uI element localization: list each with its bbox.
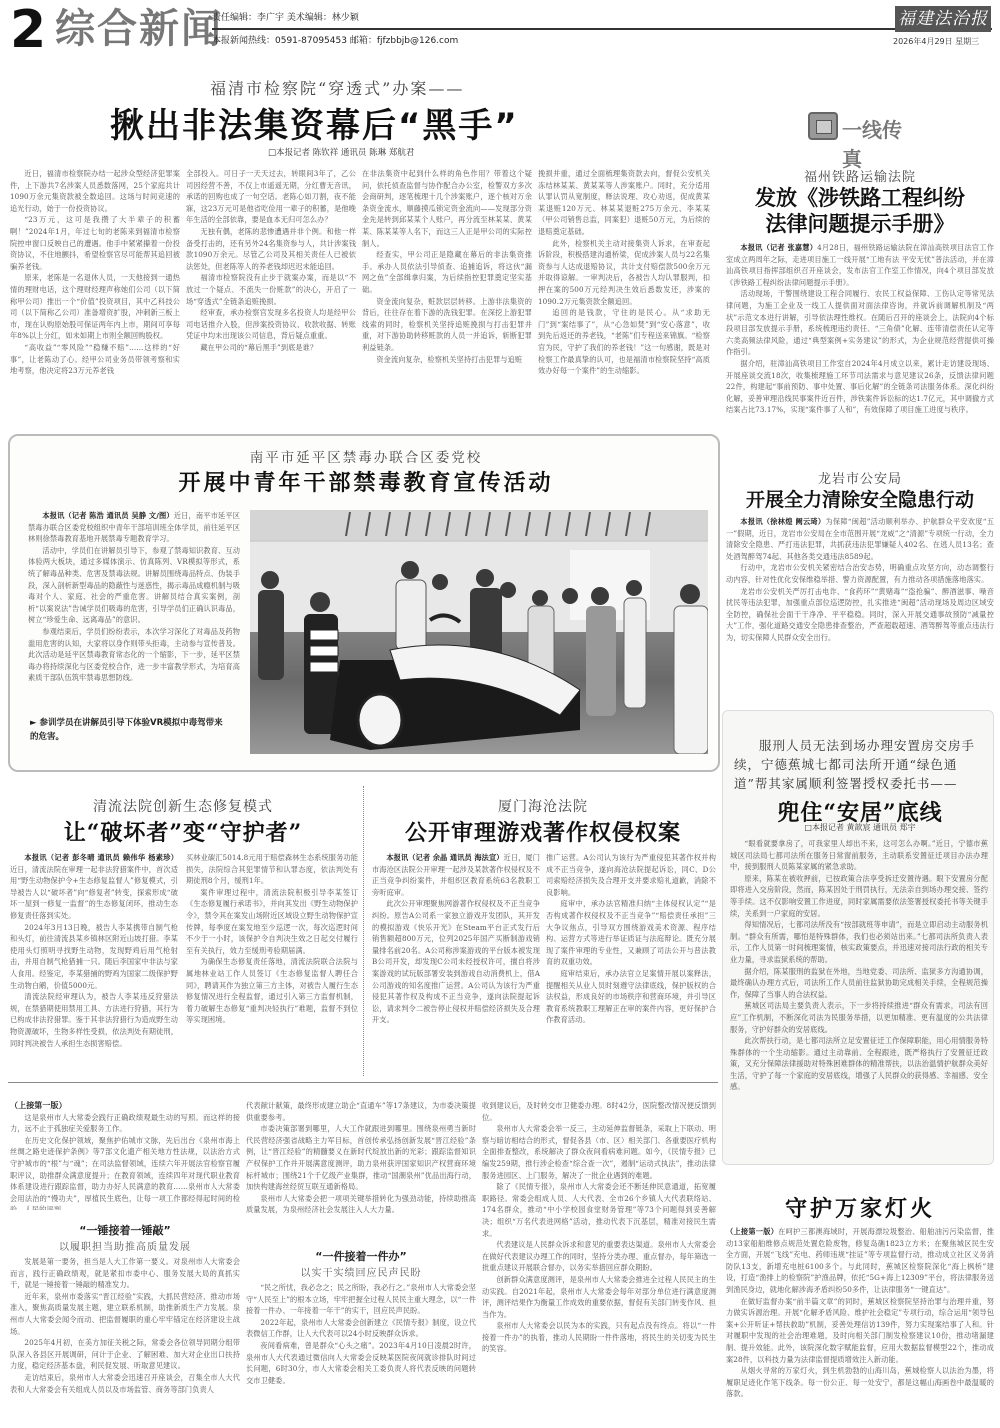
lead-headline: 揪出非法集资幕后“黑手” <box>110 98 519 147</box>
paragraph: 为确保生态修复责任落地，清流法院联合法院与属地林业站工作人员签订《生态修复监督人… <box>186 956 358 1026</box>
paragraph: 创新群众满意度测评，是泉州市人大常委会推进全过程人民民主的生动实践。自2021年… <box>482 1274 716 1320</box>
paragraph: 2025年4月初，在美方加征关税之际，常委会各位领导同期分组带队深入各县区开展调… <box>10 1337 240 1372</box>
section-name: 综合新闻 <box>55 6 223 52</box>
haicang-headline: 公开审理游戏著作权侵权案 <box>368 816 718 847</box>
subhead-1-subtitle: 以履职担当助推高质量发展 <box>10 1238 240 1253</box>
paragraph: 发展是第一要务，担当是人大工作第一要义。对泉州市人大常委会而言，践行正确政绩观，… <box>10 1256 240 1291</box>
box-headline: 开展中青年干部禁毒教育宣传活动 <box>10 466 722 497</box>
page-number: 2 <box>10 2 46 58</box>
photo-caption: ► 参训学员在讲解员引导下体验VR模拟中毒驾带来的危害。 <box>30 716 230 744</box>
paragraph: 原来，老陈是一名退休人员，一天他接到一通热情的理财电话，这个理财经理声称她们公司… <box>10 272 180 342</box>
paragraph: 代表建议是人民群众诉求和意见的重要表达渠道。泉州市人大常委会在做好代表建议办理工… <box>482 1239 716 1274</box>
paragraph: （上接第一版）在呵护三都澳海域时，开展海漂垃圾整治、船舶油污污染监督，推动13家… <box>726 1226 994 1296</box>
paragraph: 本报讯（记者 张嘉慧）4月28日，福州铁路运输法院在漳汕高铁项目法官工作室成立两… <box>726 242 994 288</box>
paragraph: 代表献计献策，最终形成建立助企“直通车”等17条建议，为市委决策提供重要参考。 <box>246 1100 476 1123</box>
header-rule <box>212 28 992 30</box>
section-logo-label: 一线传真 <box>842 114 918 172</box>
paragraph: 蕉城区司法局主要负责人表示，下一步将持续推进“群众有需求，司法有回应”工作机制，… <box>730 1000 988 1035</box>
paragraph: 资金流向复杂，检察机关坚持打击犯罪与追赃 <box>362 354 532 366</box>
paragraph: 原来，陈某在被收押前，已按政策合法享受拆迁安置待遇。眼下安置房分配即将进入交房阶… <box>730 873 988 919</box>
rail-article-body: 本报讯（记者 张嘉慧）4月28日，福州铁路运输法院在漳汕高铁项目法官工作室成立两… <box>726 242 994 428</box>
paragraph: 收到建议后，及时转交市卫健委办理。8时42分，医院整改情况便反馈到位。 <box>482 1100 716 1123</box>
paragraph: 福清市检察院没有止步于就案办案，而是以“不放过一个疑点、不流失一份赃款”的决心，… <box>186 272 356 307</box>
haicang-kicker: 厦门海沧法院 <box>368 796 718 816</box>
feature-box: 南平市延平区禁毒办联合区委党校 开展中青年干部禁毒教育宣传活动 本报讯（记者 陈… <box>8 434 720 772</box>
rail-headline-line2: 法律问题提示手册》 <box>725 210 995 238</box>
paragraph: 此外，检察机关主动对接集资人诉求，在审查起诉阶段，积极搭建沟通桥梁，促成涉案人员… <box>538 238 710 308</box>
paragraph: 泉州市人大常委会把一项项关键举措转化为强劲动能，持续助推高质量发展，为泉州经济社… <box>246 1193 476 1216</box>
paragraph: “23万元，这可是我攒了大半辈子的积蓄啊！”2024年1月，年过七旬的老陈来到福… <box>10 214 180 272</box>
continued-label: （上接第一版） <box>10 1100 240 1112</box>
paragraph: 泉州市人大常委会以民为本的实践，只有起点没有终点。将以“一件接着一件办”的执着，… <box>482 1320 716 1355</box>
paragraph: 参观结束后，学员们纷纷表示，本次学习深化了对毒品及药物滥用危害的认知，大家将以身… <box>28 626 240 684</box>
lead-column-1: 近日，福清市检察院办结一起涉众型经济犯罪案件，上下游共7名涉案人员悉数落网，25… <box>10 168 180 426</box>
newspaper-masthead: 福建法治报 <box>895 6 991 32</box>
paragraph: 追回的是钱款，守住的是民心。从“求助无门”到“案结事了”，从“心急如焚”到“安心… <box>538 307 710 377</box>
paragraph: 走访结束后，泉州市人大常委会迅速召开座谈会，召集全市人大代表和人大常委会有关组成… <box>10 1372 240 1395</box>
paragraph: 无独有偶，老陈的悲惨遭遇并非个例。和他一样备受打击的，还有另外24名集资参与人，… <box>186 226 356 272</box>
section-logo: 一线传真 <box>808 110 918 144</box>
qingliu-column-1: 本报讯（记者 彭冬晴 通讯员 赖伟华 杨素珍）近日，清流法院在审理一起非法狩猎案… <box>10 852 178 1074</box>
ningde-article-body: “眼看就要拿房了，可我家里人却出不来，这可怎么办啊。”近日，宁德市蕉城区司法局七… <box>730 838 988 1160</box>
paragraph: 资金流向复杂，赃款层层转移。上游非法集资的背后，往往存在着下游的洗钱犯罪。在深挖… <box>362 296 532 354</box>
photo-illustration <box>250 510 708 754</box>
paragraph: 买林业碳汇5014.8元用于赔偿森林生态系统服务功能损失，法院综合其犯罪情节和认… <box>186 852 358 887</box>
paragraph: 近日，福清市检察院办结一起涉众型经济犯罪案件，上下游共7名涉案人员悉数落网，25… <box>10 168 180 214</box>
paragraph: 行动中，龙岩市公安机关紧密结合治安态势，明确重点攻坚方向，动态调整行动内容，针对… <box>726 562 994 585</box>
qingliu-headline: 让“破坏者”变“守护者” <box>8 816 358 847</box>
paragraph: 本报讯（徐林煌 阙云琦）为保障“闽超”活动顺利举办、护航群众平安欢度“五一”假期… <box>726 516 994 562</box>
longyan-article-body: 本报讯（徐林煌 阙云琦）为保障“闽超”活动顺利举办、护航群众平安欢度“五一”假期… <box>726 516 994 666</box>
paragraph: 在历史文化保护领域，聚焦护佑城市文脉，先后出台《泉州市海上丝绸之路史迹保护条例》… <box>10 1135 240 1210</box>
paragraph: 庭审结束后，承办法官立足案情开展以案释法，提醒相关从业人员时刻遵守法律底线，保护… <box>546 968 716 1026</box>
paragraph: 市委决策部署到哪里，人大工作就跟进到哪里。围绕泉州勇当新时代民营经济强省战略主力… <box>246 1123 476 1193</box>
rail-headline-line1: 发放《涉铁路工程纠纷 <box>725 184 995 212</box>
paragraph: 据介绍，陈某服刑的监狱在外地，当地党委、司法所、监狱多方沟通协调，最终确认办理方… <box>730 966 988 1001</box>
paragraph: 这是泉州市人大常委会践行正确政绩观最生动的写照。而这样的接力，远不止于孤独症关爱… <box>10 1112 240 1135</box>
vr-driving-simulator-photo <box>250 510 708 754</box>
paragraph: “高收益”“零风险”“稳赚不赔”……这样的“好事”，让老陈动了心。经甲公司业务员… <box>10 342 180 377</box>
paragraph: 本报讯（记者 余晶 通讯员 海法宣）近日，厦门市海沧区法院公开审理一起涉及某款著… <box>372 852 540 898</box>
haicang-column-2: 推广运营。A公司认为该行为严重侵犯其著作权并构成不正当竞争，遂向海沧法院提起诉讼… <box>546 852 716 1074</box>
subhead-2: “一件接着一件办” <box>246 1248 476 1264</box>
paragraph: 活动中，学员们在讲解员引导下，参观了禁毒知识教育、互动体验两大板块，通过多媒体演… <box>28 545 240 626</box>
lead-column-2: 全部投入。可日子一天天过去，转眼间3年了，乙公司因经营不善，不仅上市遥遥无期，分… <box>186 168 356 426</box>
lead-column-3: 在非法集资中起到什么样的角色作用？带着这个疑问，依托侦查监督与协作配合办公室，检… <box>362 168 532 426</box>
haicang-column-1: 本报讯（记者 余晶 通讯员 海法宣）近日，厦门市海沧区法院公开审理一起涉及某款著… <box>372 852 540 1074</box>
lead-column-4: 挽损并重，通过全面梳理集资款去向，督促公安机关冻结林某某、黄某某等人涉案账户。同… <box>538 168 710 426</box>
quanzhou-column-1b: 发展是第一要务，担当是人大工作第一要义。对泉州市人大常委会而言，践行正确政绩观，… <box>10 1256 240 1424</box>
paragraph: 在非法集资中起到什么样的角色作用？带着这个疑问，依托侦查监督与协作配合办公室，检… <box>362 168 532 249</box>
paragraph: 藏在甲公司的“幕后黑手”到底是谁？ <box>186 342 356 354</box>
subhead-1: “一锤接着一锤敲” <box>10 1222 240 1238</box>
qingliu-kicker: 清流法院创新生态修复模式 <box>8 796 358 816</box>
paragraph: 在做好监督办案“前半篇文章”的同时，蕉城区检察院坚持治罪与治理并重，努力做实诉源… <box>726 1296 994 1366</box>
paragraph: 近年来，泉州市委落实“晋江经验”实践，大抓民营经济、推动市场准入，聚焦高质量发展… <box>10 1291 240 1337</box>
paragraph: 此次公开审理聚焦网游著作权侵权及不正当竞争纠纷。原告A公司系一家独立游戏开发团队… <box>372 898 540 1026</box>
ningde-byline: □本报记者 黄歆宸 通讯员 郑宇 <box>725 822 995 833</box>
paragraph: 2022年起，泉州市人大常委会创新建立《民情专报》制度，设立代表微信工作群，让人… <box>246 1317 476 1340</box>
lead-kicker: 福清市检察院“穿透式”办案—— <box>210 76 464 99</box>
box-article-body: 本报讯（记者 陈浩 通讯员 吴静 文/图）近日，南平市延平区禁毒办联合区委党校组… <box>28 510 240 706</box>
paragraph: “民之所忧，我必念之；民之所盼，我必行之。”泉州市人大常委会坚守“人民至上”的根… <box>246 1282 476 1317</box>
paragraph: 除了《民情专报》，泉州市人大常委会还不断延伸民意通道，拓宽履职路径。常委会组成人… <box>482 1181 716 1239</box>
paragraph: 挽损并重，通过全面梳理集资款去向，督促公安机关冻结林某某、黄某某等人涉案账户。同… <box>538 168 710 238</box>
hotline-email: 本报新闻热线：0591-87095453 邮箱：fjfzbbjb@126.com <box>212 33 458 46</box>
lead-byline: □本报记者 陈钦祥 通讯员 陈琳 郑航君 <box>268 146 414 158</box>
quanzhou-column-3: 收到建议后，及时转交市卫健委办理。8时42分，医院整改情况便反馈到位。 泉州市人… <box>482 1100 716 1424</box>
paragraph: 龙岩市公安机关严厉打击电诈、“食药环”“黄赌毒”“盗抢骗”、醉酒滋事、噪音扰民等… <box>726 586 994 644</box>
paragraph: 活动现场，干警围绕建设工程合同履行、农民工权益保障、工伤认定等常见法律问题，为施… <box>726 288 994 358</box>
longyan-kicker: 龙岩市公安局 <box>725 468 995 487</box>
issue-date: 2026年4月29日 星期三 <box>893 36 979 47</box>
paragraph: 庭审中，承办法官精准归纳“主体侵权认定”“是否构成著作权侵权及不正当竞争”“赔偿… <box>546 898 716 968</box>
section-rule <box>8 1082 718 1083</box>
paragraph: 本报讯（记者 陈浩 通讯员 吴静 文/图）近日，南平市延平区禁毒办联合区委党校组… <box>28 510 240 545</box>
paragraph: 2024年3月13日晚，被告人李某携带自制气枪和头灯，前往清流县某乡镇林区附近山… <box>10 922 178 992</box>
paragraph: “眼看就要拿房了，可我家里人却出不来，这可怎么办啊。”近日，宁德市蕉城区司法局七… <box>730 838 988 873</box>
fax-machine-icon <box>808 112 838 140</box>
paragraph: 夜间看病难，曾是群众“心头之痛”。2023年4月10日凌晨2时许，泉州市人大代表… <box>246 1340 476 1386</box>
quanzhou-column-2b: “民之所忧，我必念之；民之所盼，我必行之。”泉州市人大常委会坚守“人民至上”的根… <box>246 1282 476 1424</box>
paragraph: 经查实，甲公司正是隐藏在幕后的非法集资推手。承办人员依法引导侦查、追捕追诉，将这… <box>362 249 532 295</box>
paragraph: 泉州市人大常委会举一反三，主动延伸监督链条，采取上下联动、明察与暗访相结合的形式… <box>482 1123 716 1181</box>
longyan-headline: 开展全力清除安全隐患行动 <box>725 486 995 514</box>
paragraph: 经审查，承办检察官发现多名投资人均是经甲公司电话推介入股，但涉案投资协议、收款收… <box>186 307 356 342</box>
quanzhou-column-1: （上接第一版） 这是泉州市人大常委会践行正确政绩观最生动的写照。而这样的接力，远… <box>10 1100 240 1210</box>
column-divider <box>363 786 364 1076</box>
paragraph: 从烟火寻常的万家灯火，到生机勃勃的山海川岛，蕉城检察人以法治为墨，将履职足迹化作… <box>726 1365 994 1400</box>
paragraph: 案件审理过程中，清流法院积极引导李某签订《生态修复履行承诺书》，并向其发出《野生… <box>186 887 358 957</box>
paragraph: 此次帮扶行动，是七都司法所立足安置征迁工作保障职能，用心用情服务特殊群体的一个生… <box>730 1035 988 1093</box>
ningde-kicker: 服刑人员无法到场办理安置房交房手续，宁德蕉城七都司法所开通“绿色通道”帮其家属顺… <box>734 736 986 793</box>
paragraph: 据介绍，驻漳汕高铁项目工作室自2024年4月成立以来，累计走访建设现场、开展座谈… <box>726 358 994 416</box>
paragraph: 清流法院经审理认为，被告人李某违反狩猎法规，在禁猎期使用禁用工具、方法进行狩猎，… <box>10 991 178 1049</box>
editors-credit: 责任编辑：李广宇 美术编辑：林少颖 <box>212 10 359 23</box>
paragraph: 推广运营。A公司认为该行为严重侵犯其著作权并构成不正当竞争，遂向海沧法院提起诉讼… <box>546 852 716 898</box>
jiaocheng-article-body: （上接第一版）在呵护三都澳海域时，开展海漂垃圾整治、船舶油污污染监督，推动13家… <box>726 1226 994 1426</box>
paragraph: 得知情况后，七都司法所没有“按部就班等申请”，而是立即启动主动服务机制。“群众有… <box>730 919 988 965</box>
paragraph: 本报讯（记者 彭冬晴 通讯员 赖伟华 杨素珍）近日，清流法院在审理一起非法狩猎案… <box>10 852 178 922</box>
rail-kicker: 福州铁路运输法院 <box>725 166 995 185</box>
qingliu-column-2: 买林业碳汇5014.8元用于赔偿森林生态系统服务功能损失，法院综合其犯罪情节和认… <box>186 852 358 1074</box>
box-kicker: 南平市延平区禁毒办联合区委党校 <box>10 446 722 466</box>
jiaocheng-headline: 守护万家灯火 <box>725 1192 995 1223</box>
subhead-2-subtitle: 以实干实绩回应民声民盼 <box>246 1264 476 1279</box>
paragraph: 全部投入。可日子一天天过去，转眼间3年了，乙公司因经营不善，不仅上市遥遥无期，分… <box>186 168 356 226</box>
quanzhou-column-2: 代表献计献策，最终形成建立助企“直通车”等17条建议，为市委决策提供重要参考。 … <box>246 1100 476 1236</box>
